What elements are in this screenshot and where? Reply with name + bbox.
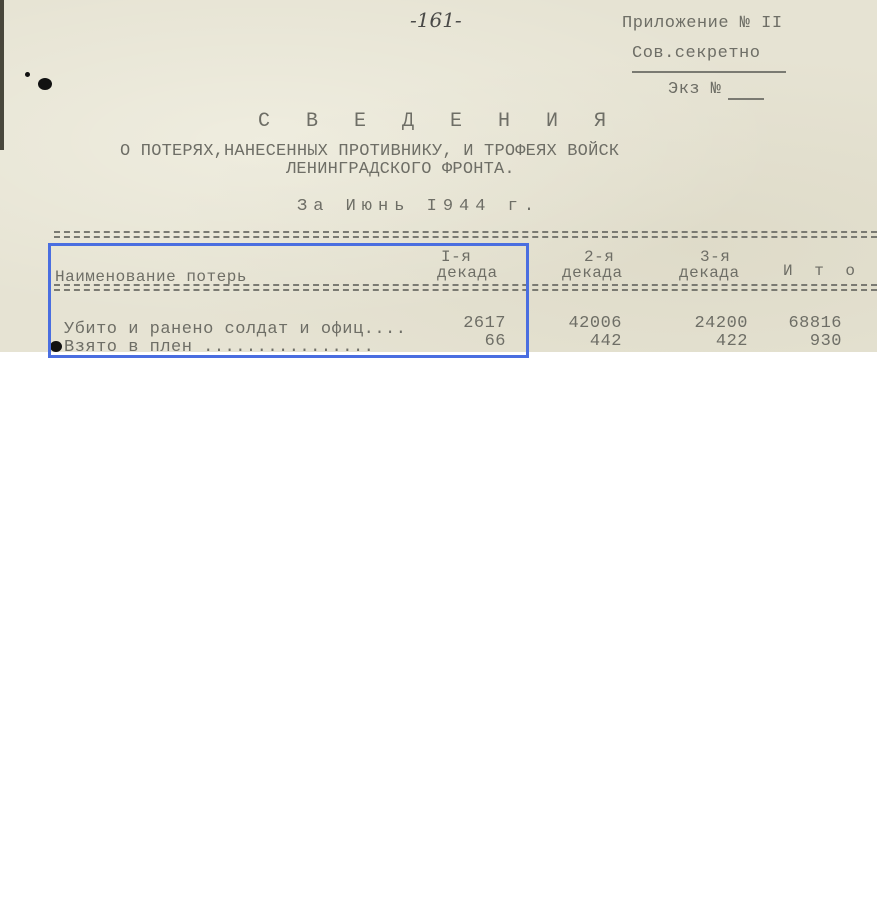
cell-d1: 66 (452, 332, 506, 351)
col-header-d3: декада (679, 264, 740, 282)
page-number-handwritten: -161- (410, 8, 462, 32)
copy-number-label: Экз № (668, 80, 722, 99)
classification-underline (632, 71, 786, 73)
appendix-label: Приложение № II (622, 14, 783, 33)
ink-blot (50, 341, 62, 352)
col-header-d1: декада (437, 264, 498, 282)
col-header-d2: декада (562, 264, 623, 282)
document-subtitle-line2: ЛЕНИНГРАДСКОГО ФРОНТА. (286, 160, 515, 179)
row-label: Взято в плен ................ (64, 338, 374, 352)
cell-d3: 24200 (686, 314, 748, 333)
row-label: Убито и ранено солдат и офиц.... (64, 320, 406, 339)
cell-total: 930 (780, 332, 842, 351)
cell-d2: 442 (560, 332, 622, 351)
ink-blot (38, 78, 52, 90)
classification-label: Сов.секретно (632, 44, 760, 63)
document-title: С В Е Д Е Н И Я (258, 110, 618, 133)
cell-d2: 42006 (560, 314, 622, 333)
cell-d1: 2617 (452, 314, 506, 333)
scanned-document: -161- Приложение № II Сов.секретно Экз №… (0, 0, 877, 352)
cell-d3: 422 (686, 332, 748, 351)
page-edge-shadow (0, 0, 4, 150)
cell-total: 68816 (780, 314, 842, 333)
table-header-rule (54, 284, 877, 291)
col-header-total: И т о г (783, 262, 877, 280)
document-subtitle-line1: О ПОТЕРЯХ,НАНЕСЕННЫХ ПРОТИВНИКУ, И ТРОФЕ… (120, 142, 619, 161)
table-top-rule (54, 231, 877, 238)
document-period: За Июнь I944 г. (297, 197, 540, 216)
ink-speck (25, 72, 30, 77)
copy-number-blank (728, 98, 764, 100)
